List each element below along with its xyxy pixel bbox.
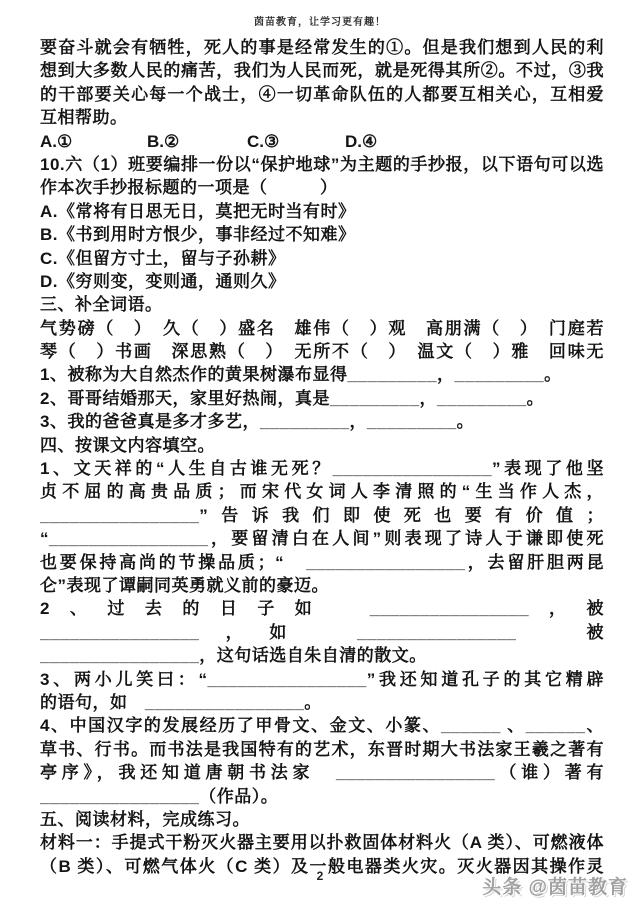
word-fill-sentence: 1、被称为大自然杰作的黄果树瀑布显得_________，_________。 <box>40 363 604 386</box>
section-four-q4-line: ________________（作品）。 <box>40 785 604 808</box>
section-four-q1-line: “________________，要留清白在人间”则表现了诗人于谦即使死 <box>40 527 604 550</box>
section-four-q2-line: ________________，这句话选自朱自清的散文。 <box>40 644 604 667</box>
section-four-heading: 四、按课文内容填空。 <box>40 434 604 457</box>
question-9-passage-line: 互相帮助。 <box>40 106 604 129</box>
word-completion-line: 气势磅（ ） 久（ ）盛名 雄伟（ ）观 高朋满（ ） 门庭若（ ） <box>40 317 604 340</box>
section-four-q2-line: 2、过去的日子如 ________________，被 <box>40 597 604 620</box>
section-four-q3-line: 的语句，如 ________________。 <box>40 691 604 714</box>
option-d: D.④ <box>345 130 377 153</box>
section-four-q1-line: 也要保持高尚的节操品质；“ ________________，去留肝胆两昆 <box>40 551 604 574</box>
worksheet-page: 茵苗教育，让学习更有趣！ 要奋斗就会有牺牲，死人的事是经常发生的①。但是我们想到… <box>0 0 640 905</box>
section-three-heading: 三、补全词语。 <box>40 293 604 316</box>
section-four-q1-line: ________________”告诉我们即使死也要有价值； <box>40 504 604 527</box>
question-10-choice-b: B.《书到用时方恨少，事非经过不知难》 <box>40 223 604 246</box>
section-four-q3-line: 3、两小儿笑曰：“________________”我还知道孔子的其它精辟 <box>40 668 604 691</box>
question-9-choice-options-row: A.① B.② C.③ D.④ <box>40 130 604 153</box>
question-9-passage-line: 想到大多数人民的痛苦，我们为人民而死，就是死得其所②。不过，③我们 <box>40 59 604 82</box>
option-b: B.② <box>147 130 247 153</box>
section-four-q1-line: 贞不屈的高贵品质；而宋代女词人李清照的“生当作人杰， <box>40 480 604 503</box>
header-slogan: 茵苗教育，让学习更有趣！ <box>0 13 640 28</box>
section-five-heading: 五、阅读材料，完成练习。 <box>40 808 604 831</box>
word-fill-sentence: 3、我的爸爸真是多才多艺，_________，_________。 <box>40 410 604 433</box>
question-10-stem-line: 10.六（1）班要编排一份以“保护地球”为主题的手抄报，以下语句可以选 <box>40 153 604 176</box>
word-fill-sentence: 2、哥哥结婚那天，家里好热闹，真是_________，_________。 <box>40 387 604 410</box>
option-c: C.③ <box>247 130 345 153</box>
word-completion-line: 琴（ ）书画 深思熟（ ） 无所不（ ） 温文（ ）雅 回味无（ ） <box>40 340 604 363</box>
toutiao-watermark: 头条 @茵苗教育 <box>482 872 628 899</box>
question-10-choice-a: A.《常将有日思无日，莫把无时当有时》 <box>40 200 604 223</box>
option-a: A.① <box>40 130 147 153</box>
document-body: 要奋斗就会有牺牲，死人的事是经常发生的①。但是我们想到人民的利益， 想到大多数人… <box>40 36 604 878</box>
question-10-choice-c: C.《但留方寸土，留与子孙耕》 <box>40 247 604 270</box>
section-four-q4-line: 亭序》，我还知道唐朝书法家 ________________（谁）著有 <box>40 761 604 784</box>
question-10-stem-line: 作本次手抄报标题的一项是（ ） <box>40 176 604 199</box>
question-9-passage-line: 要奋斗就会有牺牲，死人的事是经常发生的①。但是我们想到人民的利益， <box>40 36 604 59</box>
section-four-q1-line: 1、文天祥的“人生自古谁无死？________________”表现了他坚 <box>40 457 604 480</box>
material-one-line: 材料一：手提式干粉灭火器主要用以扑救固体材料火（A 类）、可燃液体火 <box>40 831 604 854</box>
section-four-q4-line: 4、中国汉字的发展经历了甲骨文、金文、小篆、______ 、______、 <box>40 714 604 737</box>
section-four-q4-line: 草书、行书。而书法是我国特有的艺术，东晋时期大书法家王羲之著有《兰 <box>40 738 604 761</box>
question-10-choice-d: D.《穷则变，变则通，通则久》 <box>40 270 604 293</box>
section-four-q2-line: ________________，如 ________________ 被 <box>40 621 604 644</box>
section-four-q1-line: 仑”表现了谭嗣同英勇就义前的豪迈。 <box>40 574 604 597</box>
question-9-passage-line: 的干部要关心每一个战士，④一切革命队伍的人都要互相关心，互相爱护， <box>40 83 604 106</box>
